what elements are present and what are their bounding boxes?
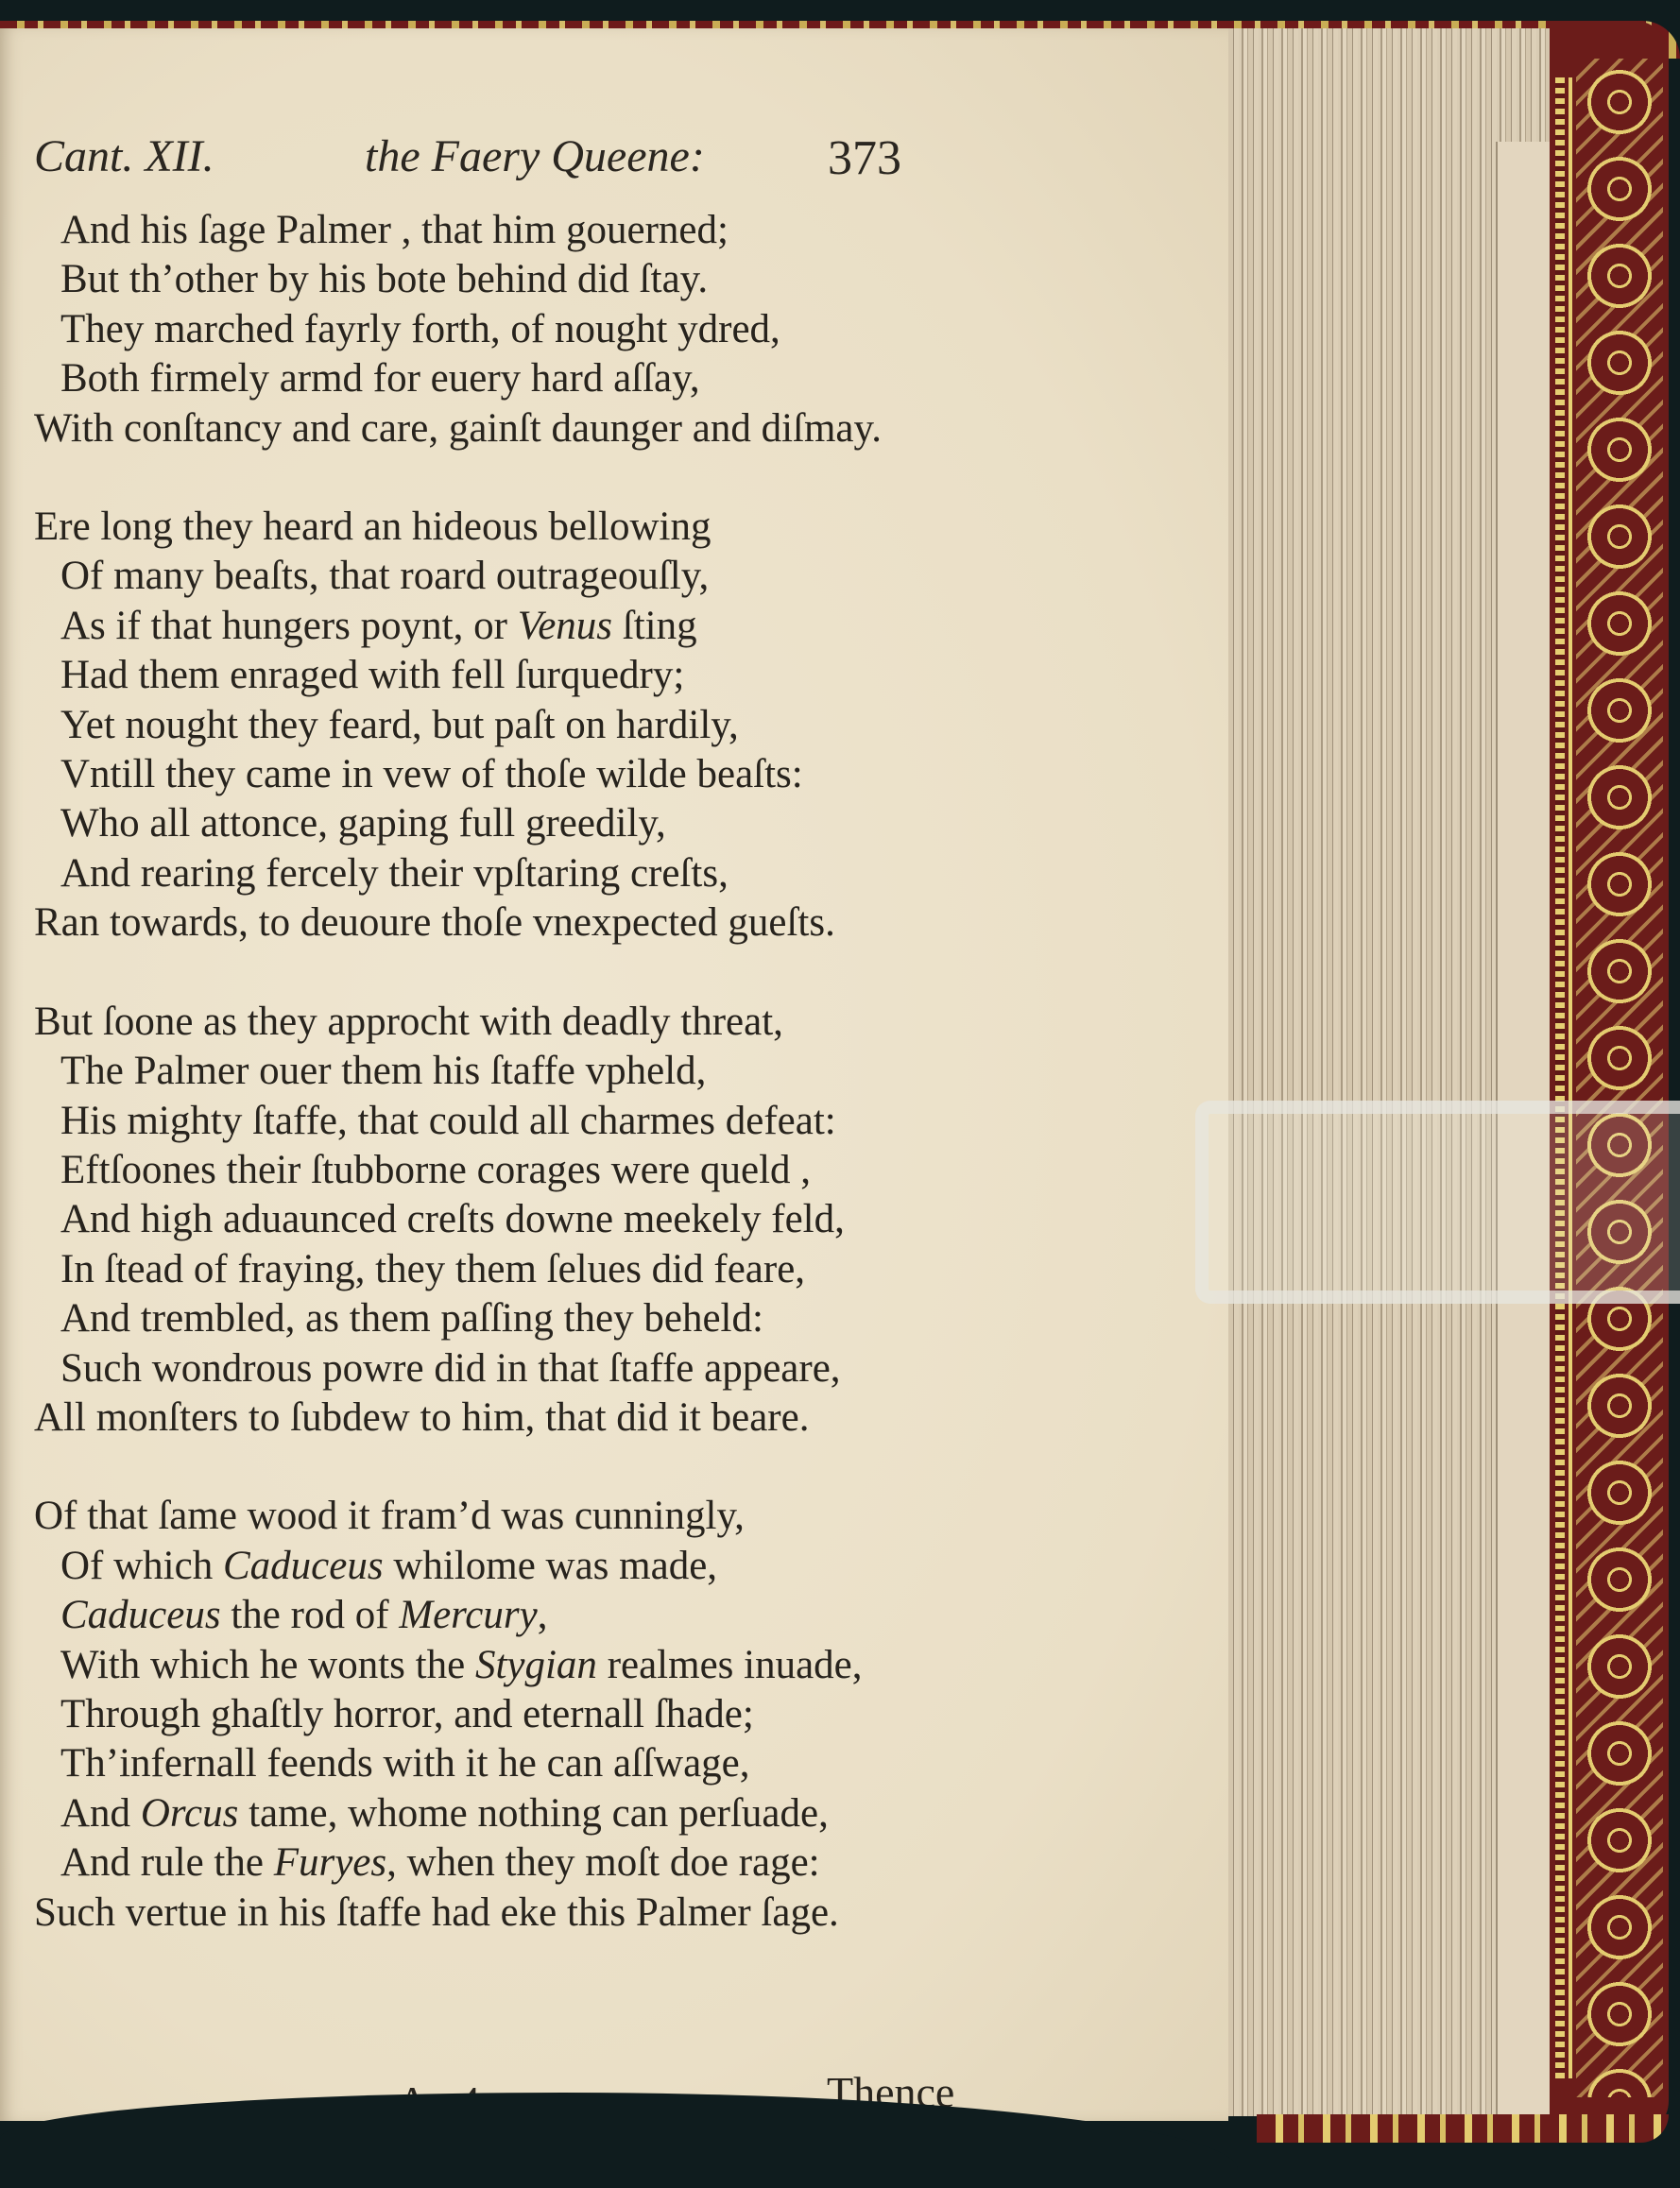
- verse-line: And high aduaunced creſts downe meekely …: [34, 1195, 1073, 1244]
- verse-line: Yet nought they feard, but paſt on hardi…: [34, 701, 1073, 750]
- verse-line: Had them enraged with fell ſurquedry;: [34, 651, 1073, 700]
- verse-line: Th’infernall feends with it he can aſſwa…: [34, 1739, 1073, 1788]
- verse-line: Who all attonce, gaping full greedily,: [34, 799, 1073, 848]
- verse-line: With which he wonts the Stygian realmes …: [34, 1641, 1073, 1690]
- gilt-binding-bottom: [1257, 2114, 1669, 2143]
- verse-line: Of many beaſts, that roard outrageouſly,: [34, 552, 1073, 601]
- gilt-dot-rule: [1555, 77, 1565, 2078]
- verse-text: And his ſage Palmer , that him gouerned;…: [34, 206, 1073, 1938]
- verse-line: Ere long they heard an hideous bellowing: [34, 503, 1073, 552]
- verse-line: Ran towards, to deuoure thoſe vnexpected…: [34, 898, 1073, 948]
- verse-line: Such wondrous powre did in that ſtaffe a…: [34, 1344, 1073, 1393]
- verse-line: And Orcus tame, whome nothing can perſua…: [34, 1789, 1073, 1838]
- verse-line: And trembled, as them paſſing they behel…: [34, 1294, 1073, 1343]
- verse-line: The Palmer ouer them his ſtaffe vpheld,: [34, 1047, 1073, 1096]
- page-number: 373: [828, 130, 901, 186]
- verse-line: As if that hungers poynt, or Venus ſting: [34, 602, 1073, 651]
- signature-mark: Aa 4: [397, 2077, 480, 2127]
- verse-line: And rearing fercely their vpſtaring creſ…: [34, 849, 1073, 898]
- verse-line: Of which Caduceus whilome was made,: [34, 1542, 1073, 1591]
- verse-line: And rule the Furyes, when they moſt doe …: [34, 1838, 1073, 1888]
- book-page: Cant. XII. the Faery Queene: 373 And his…: [0, 28, 1228, 2121]
- verse-line: Both firmely armd for euery hard aſſay,: [34, 354, 1073, 403]
- verse-line: And his ſage Palmer , that him gouerned;: [34, 206, 1073, 255]
- verse-line: His mighty ſtaffe, that could all charme…: [34, 1097, 1073, 1146]
- gilt-binding-border: [1550, 21, 1669, 2135]
- stanza-gap: [34, 1443, 1073, 1492]
- stanza-gap: [34, 949, 1073, 998]
- gilt-line-rule: [1569, 77, 1572, 2078]
- verse-line: Caduceus the rod of Mercury,: [34, 1591, 1073, 1640]
- verse-line: Of that ſame wood it fram’d was cunningl…: [34, 1492, 1073, 1541]
- book-title: the Faery Queene:: [365, 130, 705, 182]
- verse-line: In ſtead of fraying, they them ſelues di…: [34, 1245, 1073, 1294]
- fore-edge-page-stack: [1219, 28, 1550, 2116]
- verse-line: With conſtancy and care, gainſt daunger …: [34, 404, 1073, 453]
- verse-line: All monſters to ſubdew to him, that did …: [34, 1393, 1073, 1443]
- verse-line: But th’other by his bote behind did ſtay…: [34, 255, 1073, 304]
- page-holder-clip: [1195, 1101, 1680, 1304]
- verse-line: Through ghaſtly horror, and eternall ſha…: [34, 1690, 1073, 1739]
- gilt-rosette-ornament-icon: [1576, 59, 1663, 2097]
- verse-line: Such vertue in his ſtaffe had eke this P…: [34, 1889, 1073, 1938]
- verse-line: But ſoone as they approcht with deadly t…: [34, 998, 1073, 1047]
- canto-label: Cant. XII.: [34, 130, 214, 182]
- verse-line: Vntill they came in vew of thoſe wilde b…: [34, 750, 1073, 799]
- running-head: Cant. XII. the Faery Queene: 373: [34, 130, 979, 187]
- verse-line: They marched fayrly forth, of nought ydr…: [34, 305, 1073, 354]
- verse-line: Eftſoones their ſtubborne corages were q…: [34, 1146, 1073, 1195]
- stanza-gap: [34, 453, 1073, 503]
- catchword: Thence: [827, 2067, 954, 2117]
